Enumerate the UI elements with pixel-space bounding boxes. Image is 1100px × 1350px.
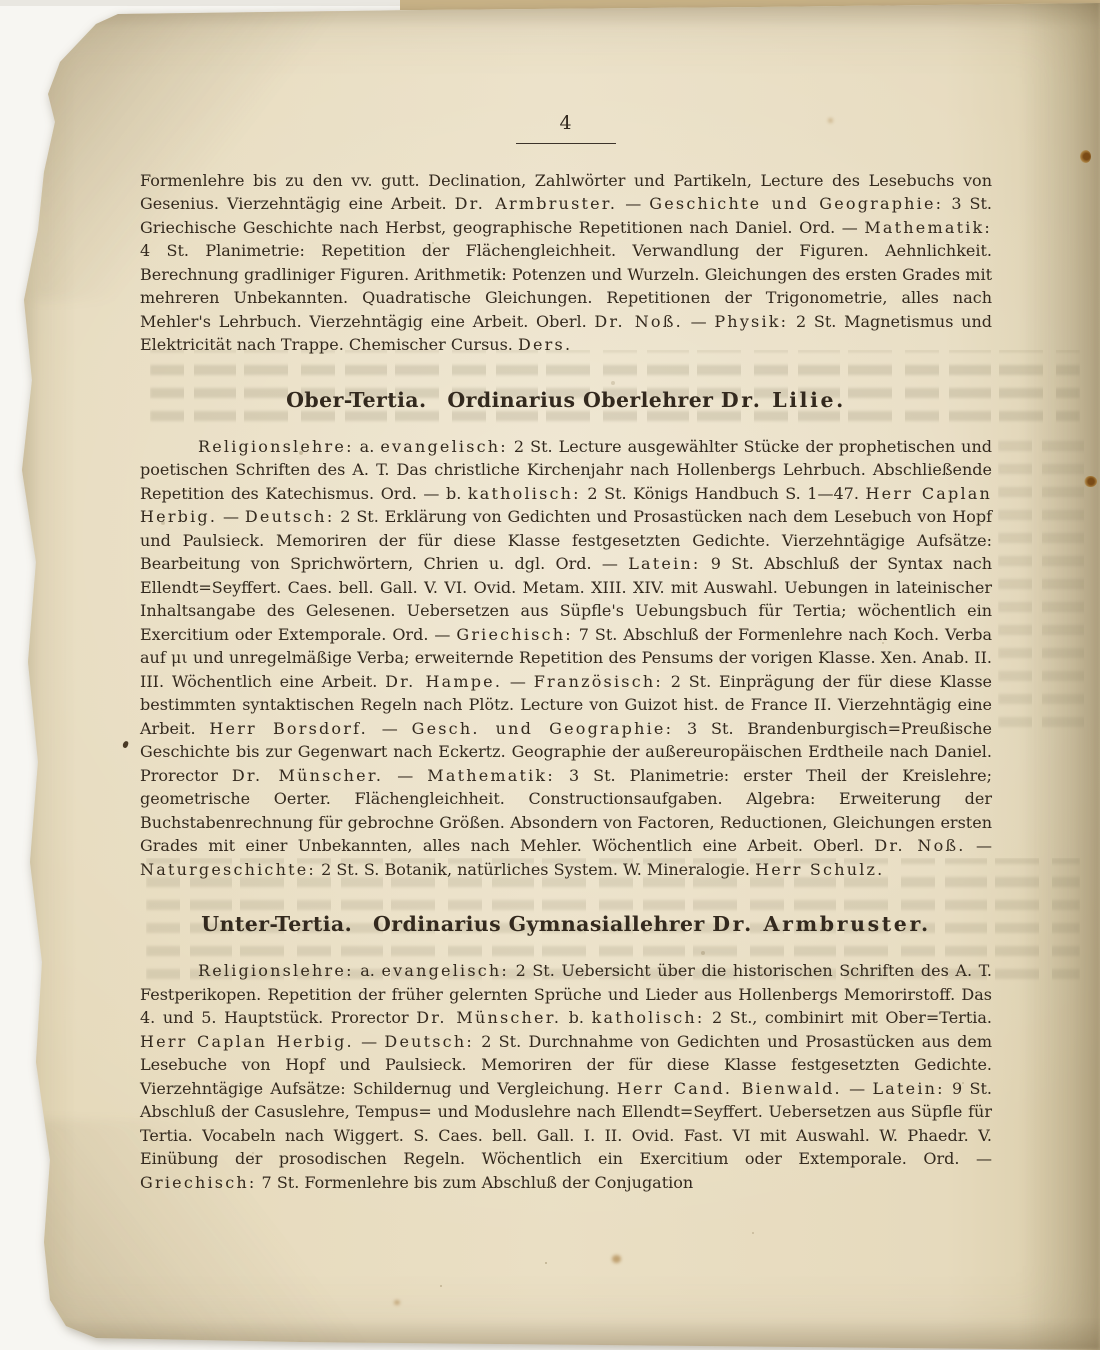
section-ober-tertia: Ober-Tertia. Ordinarius Oberlehrer Dr. L… (140, 387, 992, 882)
foxing-stain (612, 1255, 621, 1263)
paper-sheet: 4 Formenlehre bis zu den vv. gutt. Decli… (0, 0, 1100, 1350)
paragraph-continuation: Formenlehre bis zu den vv. gutt. Declina… (140, 169, 992, 357)
paper-speckles (0, 0, 2, 2)
paper-shadow-wrap: 4 Formenlehre bis zu den vv. gutt. Decli… (0, 0, 1100, 1350)
page-number-rule (516, 143, 616, 144)
binding-hole-middle (1084, 476, 1097, 487)
foxing-stain (394, 1300, 400, 1305)
scanned-page: 4 Formenlehre bis zu den vv. gutt. Decli… (0, 0, 1100, 1350)
section-unter-tertia: Unter-Tertia. Ordinarius Gymnasiallehrer… (140, 911, 992, 1194)
page-header: 4 (140, 112, 992, 144)
section-paragraph-ober-tertia: Religionslehre: a. evangelisch: 2 St. Le… (140, 435, 992, 882)
top-edge-shading (0, 0, 1100, 28)
torn-left-edge-shading (0, 0, 40, 1350)
bottom-edge-shading (0, 1320, 1100, 1350)
binding-hole-top (1080, 150, 1091, 163)
section-heading-unter-tertia: Unter-Tertia. Ordinarius Gymnasiallehrer… (140, 911, 992, 937)
page-number: 4 (140, 112, 992, 136)
right-edge-shading (1020, 0, 1100, 1350)
ink-speck (122, 740, 129, 748)
printed-text-block: 4 Formenlehre bis zu den vv. gutt. Decli… (140, 112, 992, 1194)
section-paragraph-unter-tertia: Religionslehre: a. evangelisch: 2 St. Ue… (140, 959, 992, 1194)
section-heading-ober-tertia: Ober-Tertia. Ordinarius Oberlehrer Dr. L… (140, 387, 992, 413)
verso-show-through-margin (998, 432, 1090, 732)
